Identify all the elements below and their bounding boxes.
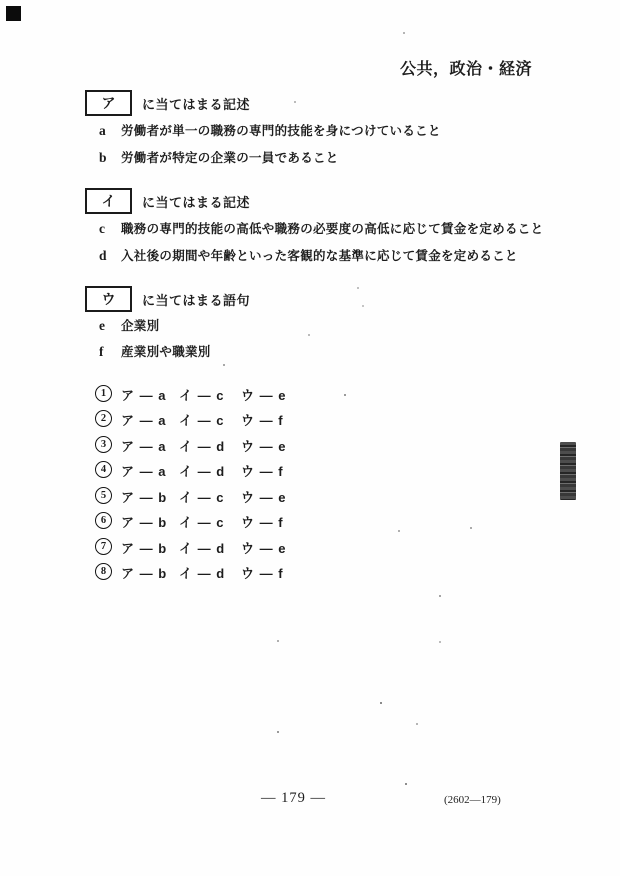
circled-number-5: 5 [95,487,112,504]
option-5-cell-u: ウ — e [241,487,286,506]
blank-box-i: イ [85,188,132,214]
option-2-cell-a: ア — a [121,410,166,429]
choice-c-text: 職務の専門的技能の高低や職務の必要度の高低に応じて賃金を定めること [121,219,543,237]
choice-d: d 入社後の期間や年齢といった客観的な基準に応じて賃金を定めること [99,246,518,264]
answer-option-5: 5 ア — b イ — c ウ — e [95,486,375,508]
option-3-cell-i: イ — d [179,436,225,455]
corner-registration-mark [6,6,21,21]
choice-b-text: 労働者が特定の企業の一員であること [121,148,339,166]
circled-number-4: 4 [95,461,112,478]
option-6-cell-u: ウ — f [241,512,284,531]
blank-box-i-label: イ [102,191,116,211]
choice-f: f 産業別や職業別 [99,342,211,360]
answer-option-1: 1 ア — a イ — c ウ — e [95,384,375,406]
exam-page: 公共，政治・経済 ア に当てはまる記述 a 労働者が単一の職務の専門的技能を身に… [0,0,620,876]
option-4-cell-a: ア — a [121,461,166,480]
choice-e-text: 企業別 [121,316,159,334]
circled-number-3: 3 [95,436,112,453]
blank-box-a-label: ア [102,93,116,113]
choice-d-letter: d [99,248,113,264]
choice-f-letter: f [99,344,113,360]
section-a-heading-text: に当てはまる記述 [142,94,250,113]
choice-a-letter: a [99,123,113,139]
answer-option-2: 2 ア — a イ — c ウ — f [95,409,375,431]
option-2-cell-i: イ — c [179,410,224,429]
choice-c-letter: c [99,221,113,237]
option-8-cell-a: ア — b [121,563,167,582]
choice-e-letter: e [99,318,113,334]
option-6-cell-a: ア — b [121,512,167,531]
choice-f-text: 産業別や職業別 [121,342,211,360]
circled-number-8: 8 [95,563,112,580]
option-3-cell-a: ア — a [121,436,166,455]
edge-marker-bar [560,442,576,500]
blank-box-u: ウ [85,286,132,312]
answer-option-6: 6 ア — b イ — c ウ — f [95,511,375,533]
choice-a-text: 労働者が単一の職務の専門的技能を身につけていること [121,121,441,139]
circled-number-7: 7 [95,538,112,555]
section-u-heading-text: に当てはまる語句 [142,290,250,309]
section-u-heading: ウ に当てはまる語句 [85,286,250,312]
choice-a: a 労働者が単一の職務の専門的技能を身につけていること [99,121,441,139]
option-2-cell-u: ウ — f [241,410,284,429]
choice-e: e 企業別 [99,316,159,334]
scan-noise-speckles [0,0,2,2]
option-5-cell-i: イ — c [179,487,224,506]
option-7-cell-u: ウ — e [241,538,286,557]
choice-c: c 職務の専門的技能の高低や職務の必要度の高低に応じて賃金を定めること [99,219,543,237]
option-6-cell-i: イ — c [179,512,224,531]
option-8-cell-i: イ — d [179,563,225,582]
option-1-cell-i: イ — c [179,385,224,404]
answer-option-8: 8 ア — b イ — d ウ — f [95,562,375,584]
circled-number-1: 1 [95,385,112,402]
page-title: 公共，政治・経済 [400,56,532,79]
option-8-cell-u: ウ — f [241,563,284,582]
page-number: — 179 — [261,790,326,807]
choice-d-text: 入社後の期間や年齢といった客観的な基準に応じて賃金を定めること [121,246,518,264]
footer-print-code: (2602—179) [444,794,501,806]
option-4-cell-i: イ — d [179,461,225,480]
answer-option-7: 7 ア — b イ — d ウ — e [95,537,375,559]
answer-option-3: 3 ア — a イ — d ウ — e [95,435,375,457]
choice-b-letter: b [99,150,113,166]
section-a-heading: ア に当てはまる記述 [85,90,250,116]
option-1-cell-a: ア — a [121,385,166,404]
option-7-cell-i: イ — d [179,538,225,557]
section-i-heading-text: に当てはまる記述 [142,192,250,211]
blank-box-u-label: ウ [102,289,116,309]
option-7-cell-a: ア — b [121,538,167,557]
option-1-cell-u: ウ — e [241,385,286,404]
answer-option-4: 4 ア — a イ — d ウ — f [95,460,375,482]
blank-box-a: ア [85,90,132,116]
section-i-heading: イ に当てはまる記述 [85,188,250,214]
option-3-cell-u: ウ — e [241,436,286,455]
choice-b: b 労働者が特定の企業の一員であること [99,148,339,166]
circled-number-6: 6 [95,512,112,529]
circled-number-2: 2 [95,410,112,427]
option-4-cell-u: ウ — f [241,461,284,480]
option-5-cell-a: ア — b [121,487,167,506]
